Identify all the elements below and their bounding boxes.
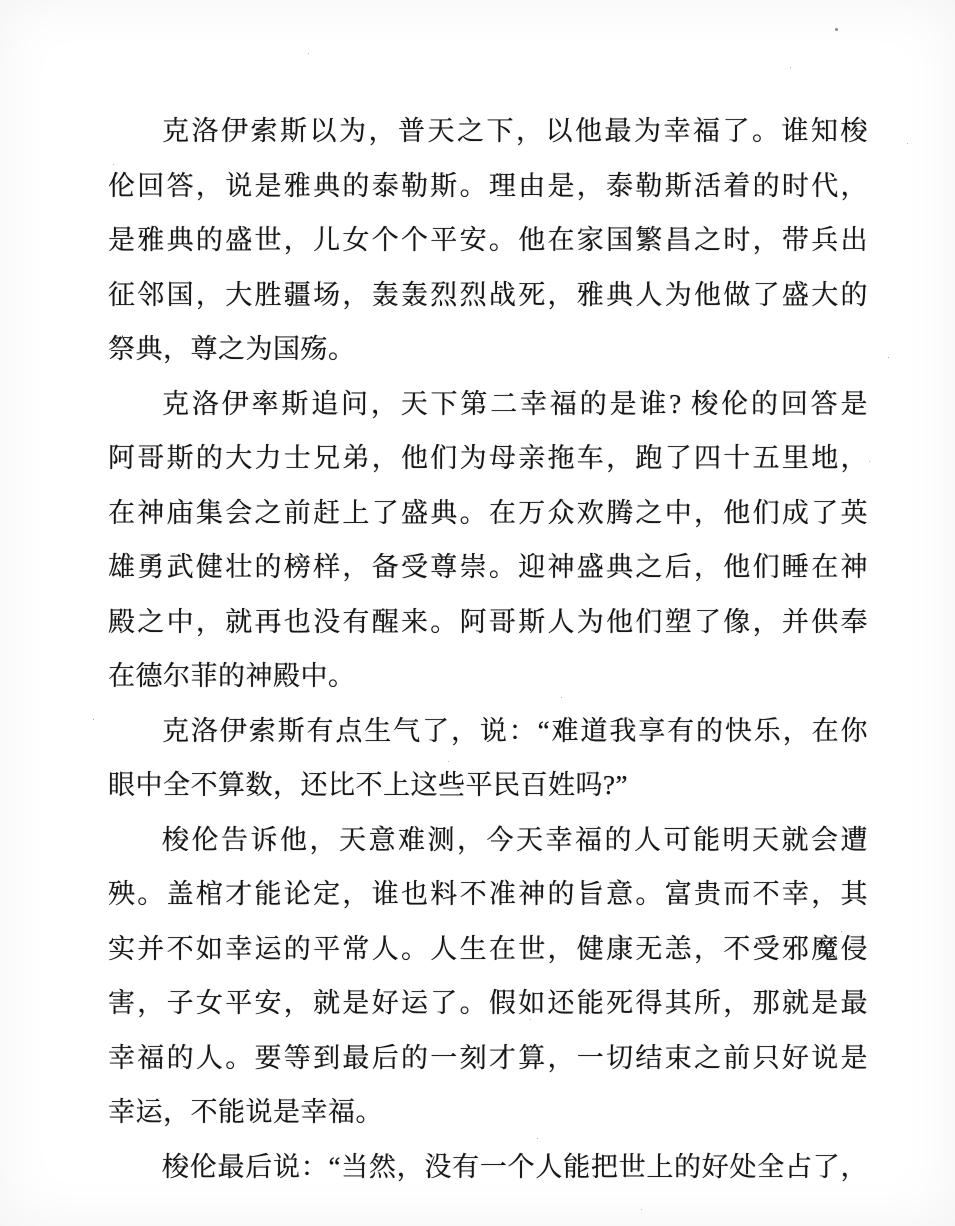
text-line: 雄勇武健壮的榜样，备受尊崇。迎神盛典之后，他们睡在神 — [108, 540, 868, 595]
scan-noise-specks — [0, 0, 3, 3]
text-line: 幸运，不能说是幸福。 — [108, 1085, 868, 1140]
paragraph: 梭伦告诉他，天意难测，今天幸福的人可能明天就会遭 殃。盖棺才能论定，谁也料不准神… — [108, 813, 868, 1140]
paragraph: 克洛伊率斯追问，天下第二幸福的是谁? 梭伦的回答是 阿哥斯的大力士兄弟，他们为母… — [108, 377, 868, 704]
text-line: 梭伦告诉他，天意难测，今天幸福的人可能明天就会遭 — [108, 813, 868, 868]
text-line: 克洛伊索斯以为，普天之下，以他最为幸福了。谁知梭 — [108, 104, 868, 159]
text-line: 克洛伊率斯追问，天下第二幸福的是谁? 梭伦的回答是 — [108, 377, 868, 432]
text-line: 实并不如幸运的平常人。人生在世，健康无恙，不受邪魔侵 — [108, 922, 868, 977]
text-line: 祭典，尊之为国殇。 — [108, 322, 868, 377]
text-line: 是雅典的盛世，儿女个个平安。他在家国繁昌之时，带兵出 — [108, 213, 868, 268]
text-line: 梭伦最后说：“当然，没有一个人能把世上的好处全占了， — [108, 1140, 868, 1195]
text-line: 在德尔菲的神殿中。 — [108, 649, 868, 704]
text-line: 征邻国，大胜疆场，轰轰烈烈战死，雅典人为他做了盛大的 — [108, 268, 868, 323]
scanned-book-page: 克洛伊索斯以为，普天之下，以他最为幸福了。谁知梭 伦回答，说是雅典的泰勒斯。理由… — [0, 0, 955, 1226]
text-line: 殿之中，就再也没有醒来。阿哥斯人为他们塑了像，并供奉 — [108, 595, 868, 650]
text-line: 害，子女平安，就是好运了。假如还能死得其所，那就是最 — [108, 976, 868, 1031]
text-line: 幸福的人。要等到最后的一刻才算，一切结束之前只好说是 — [108, 1031, 868, 1086]
text-line: 在神庙集会之前赶上了盛典。在万众欢腾之中，他们成了英 — [108, 486, 868, 541]
text-line: 殃。盖棺才能论定，谁也料不准神的旨意。富贵而不幸，其 — [108, 867, 868, 922]
paragraph: 克洛伊索斯以为，普天之下，以他最为幸福了。谁知梭 伦回答，说是雅典的泰勒斯。理由… — [108, 104, 868, 377]
text-line: 眼中全不算数，还比不上这些平民百姓吗?” — [108, 758, 868, 813]
paragraph: 梭伦最后说：“当然，没有一个人能把世上的好处全占了， — [108, 1140, 868, 1195]
paragraph: 克洛伊索斯有点生气了，说：“难道我享有的快乐，在你 眼中全不算数，还比不上这些平… — [108, 704, 868, 813]
text-line: 伦回答，说是雅典的泰勒斯。理由是，泰勒斯活着的时代， — [108, 159, 868, 214]
text-block: 克洛伊索斯以为，普天之下，以他最为幸福了。谁知梭 伦回答，说是雅典的泰勒斯。理由… — [108, 104, 868, 1194]
text-line: 克洛伊索斯有点生气了，说：“难道我享有的快乐，在你 — [108, 704, 868, 759]
text-line: 阿哥斯的大力士兄弟，他们为母亲拖车，跑了四十五里地， — [108, 431, 868, 486]
